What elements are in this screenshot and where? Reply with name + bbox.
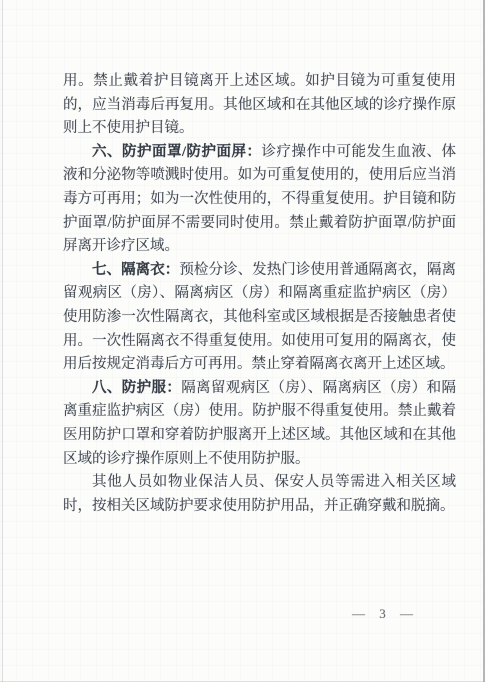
paragraph: 八、防护服：隔离留观病区（房）、隔离病区（房）和隔离重症监护病区（房）使用。防护… [63, 377, 456, 471]
page-number: — 3 — [352, 606, 415, 622]
scanned-document-page: 用。禁止戴着护目镜离开上述区域。如护目镜为可重复使用的，应当消毒后再复用。其他区… [0, 0, 485, 682]
paragraph-text: 诊疗操作中可能发生血液、体液和分泌物等喷溅时使用。如为可重复使用的，使用后应当消… [63, 144, 456, 254]
paragraph-text: 用。禁止戴着护目镜离开上述区域。如护目镜为可重复使用的，应当消毒后再复用。其他区… [63, 73, 456, 136]
paragraph-text: 其他人员如物业保洁人员、保安人员等需进入相关区域时，按相关区域防护要求使用防护用… [63, 474, 456, 514]
paragraph: 六、防护面罩/防护面屏：诊疗操作中可能发生血液、体液和分泌物等喷溅时使用。如为可… [63, 141, 456, 259]
section-heading: 七、隔离衣： [92, 262, 179, 278]
document-body: 用。禁止戴着护目镜离开上述区域。如护目镜为可重复使用的，应当消毒后再复用。其他区… [63, 70, 456, 518]
scan-edge-left-artifact [2, 0, 3, 682]
section-heading: 六、防护面罩/防护面屏： [92, 144, 262, 160]
paragraph: 用。禁止戴着护目镜离开上述区域。如护目镜为可重复使用的，应当消毒后再复用。其他区… [63, 70, 456, 141]
paragraph: 其他人员如物业保洁人员、保安人员等需进入相关区域时，按相关区域防护要求使用防护用… [63, 471, 456, 518]
section-heading: 八、防护服： [92, 380, 181, 396]
paragraph: 七、隔离衣：预检分诊、发热门诊使用普通隔离衣，隔离留观病区（房）、隔离病区（房）… [63, 259, 456, 377]
paragraph-text: 预检分诊、发热门诊使用普通隔离衣，隔离留观病区（房）、隔离病区（房）和隔离重症监… [63, 262, 456, 372]
